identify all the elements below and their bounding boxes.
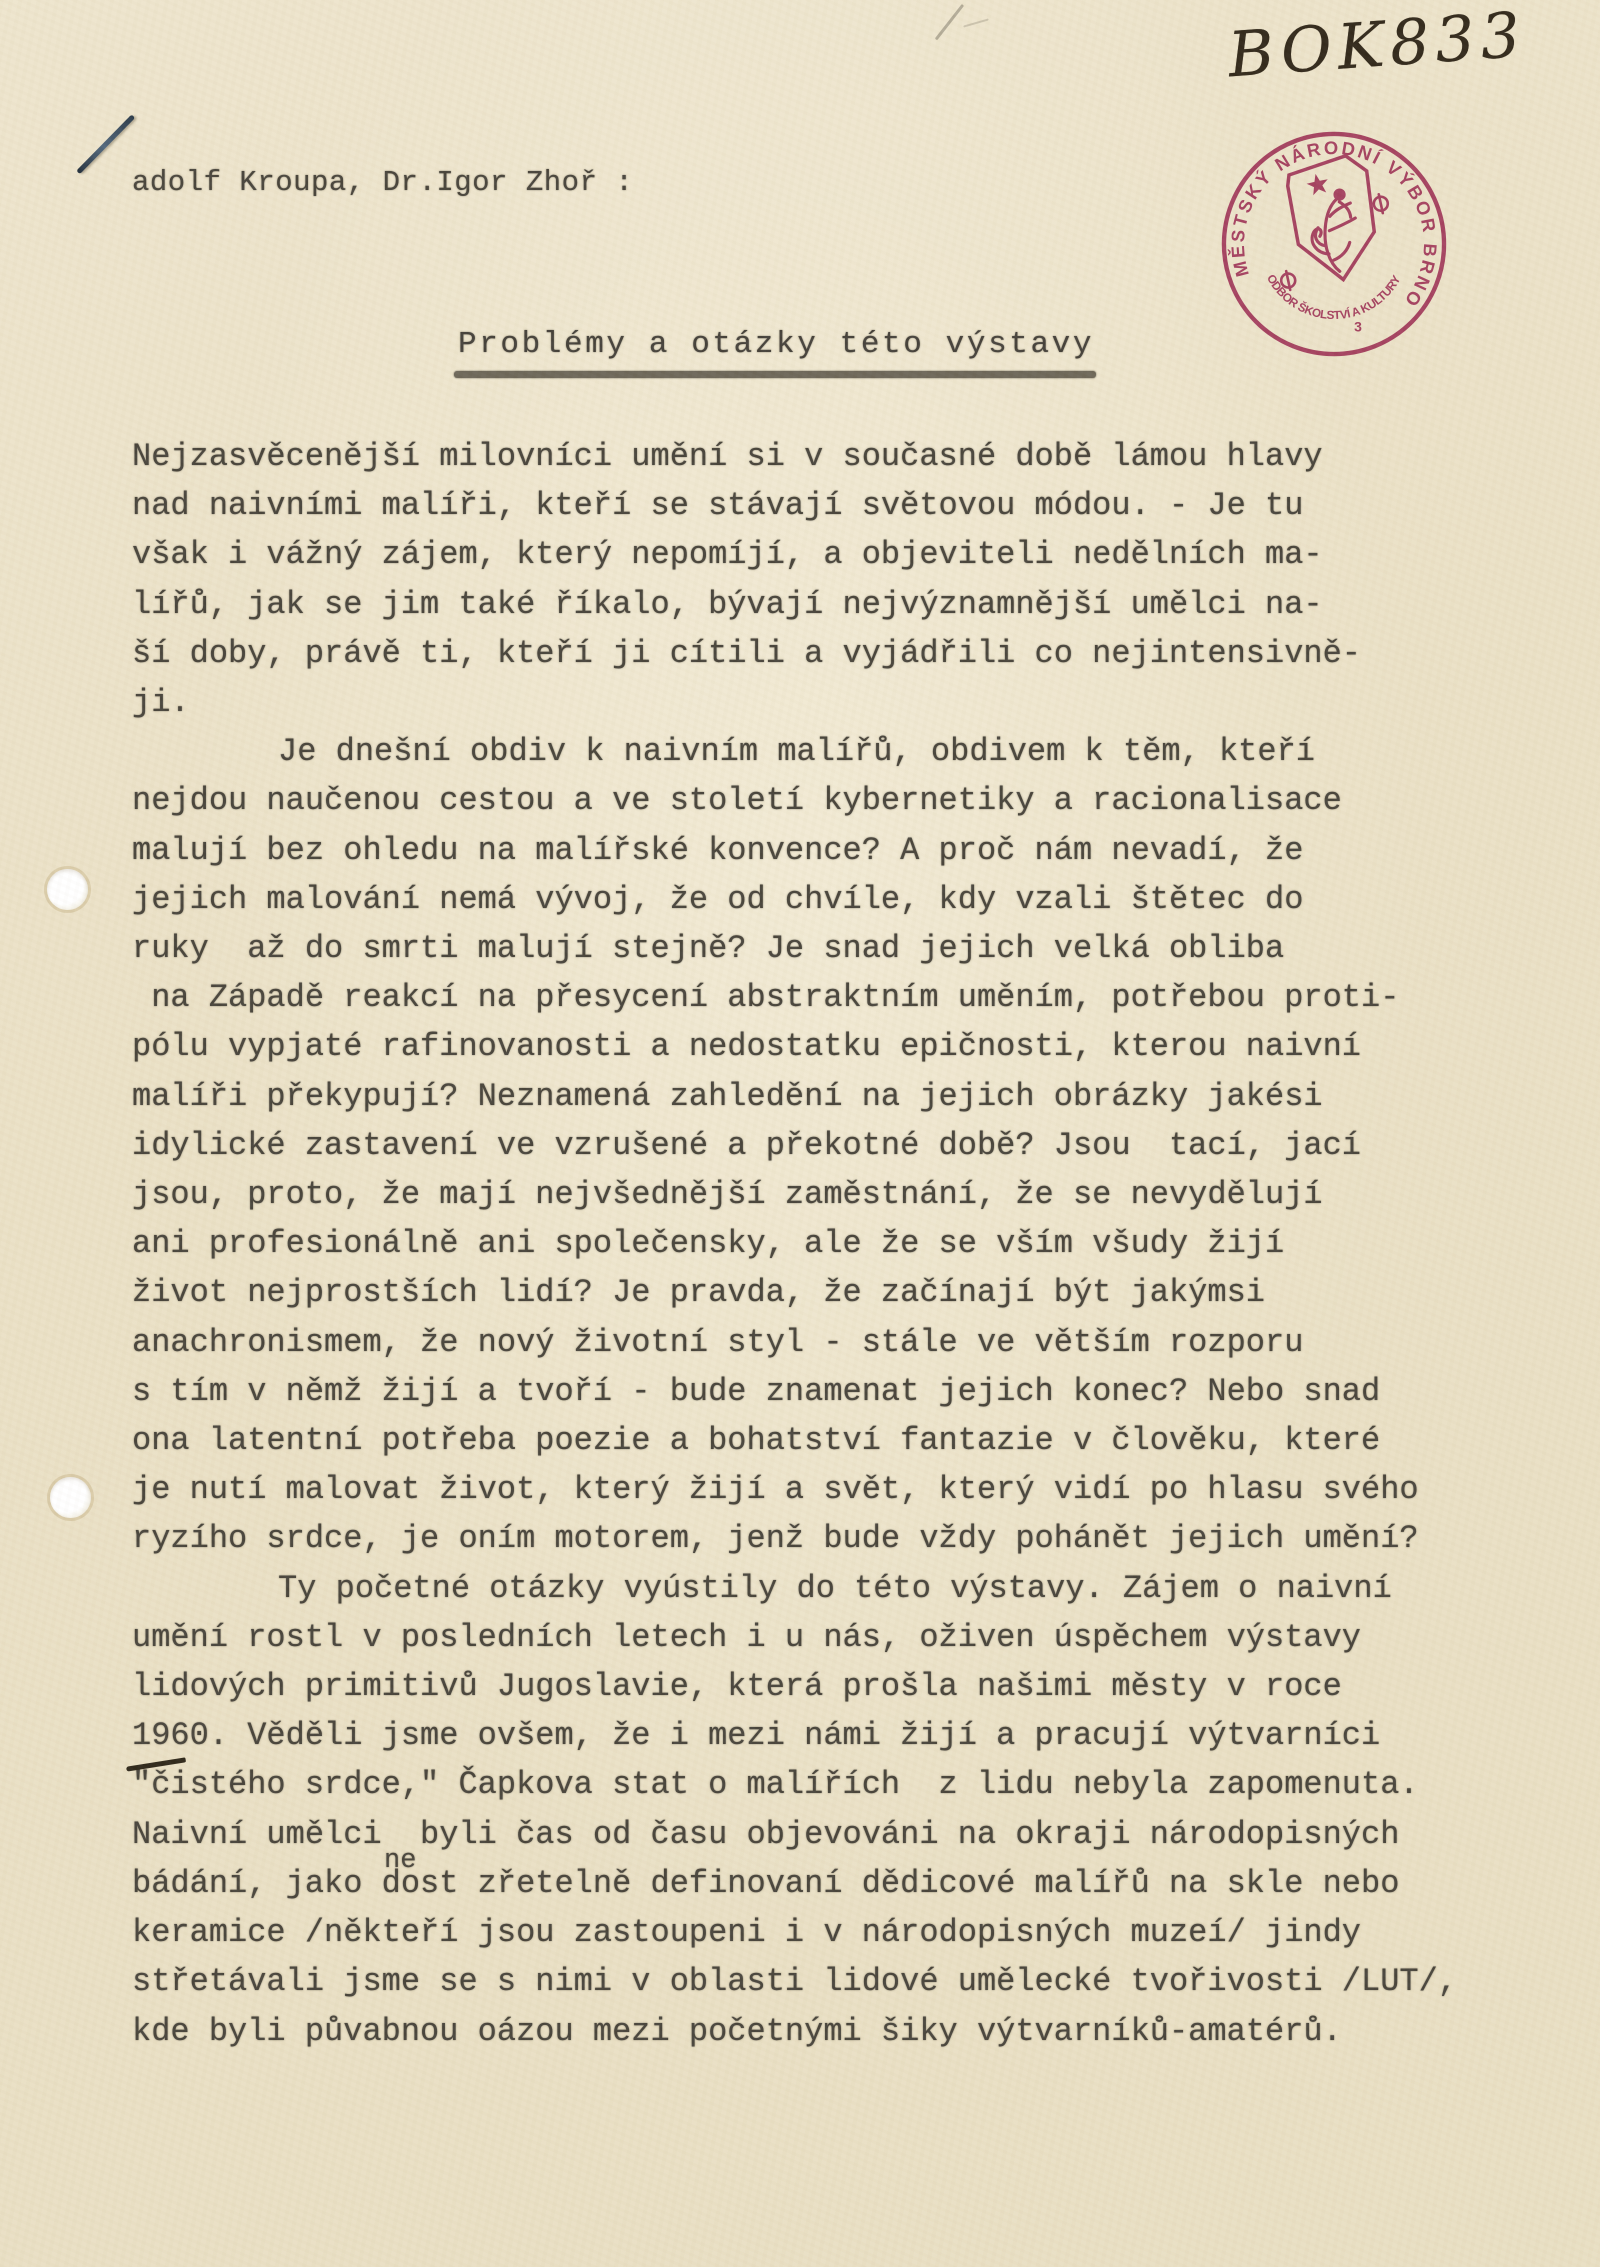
stamp-graphic: MĚSTSKÝ NÁRODNÍ VÝBOR BRNO ODBOR ŠKOLSTV… xyxy=(1203,113,1465,375)
author-line: adolf Kroupa, Dr.Igor Zhoř : xyxy=(132,166,633,199)
body-line: nejdou naučenou cestou a ve století kybe… xyxy=(132,776,1532,825)
star-icon xyxy=(1305,172,1330,197)
body-line: s tím v němž žijí a tvoří - bude znamena… xyxy=(132,1367,1532,1416)
body-line: "čistého srdce," Čapkova stat o malířích… xyxy=(132,1760,1532,1809)
body-line: ani profesionálně ani společensky, ale ž… xyxy=(132,1219,1532,1268)
title-underline xyxy=(454,371,1096,378)
body-line: však i vážný zájem, který nepomíjí, a ob… xyxy=(132,530,1532,579)
body-line: život nejprostších lidí? Je pravda, že z… xyxy=(132,1268,1532,1317)
svg-text:ODBOR ŠKOLSTVÍ A KULTURY: ODBOR ŠKOLSTVÍ A KULTURY xyxy=(1264,272,1404,322)
body-line: lidových primitivů Jugoslavie, která pro… xyxy=(132,1662,1532,1711)
body-line: jsou, proto, že mají nejvšednější zaměst… xyxy=(132,1170,1532,1219)
body-line: umění rostl v posledních letech i u nás,… xyxy=(132,1613,1532,1662)
body-line: 1960. Věděli jsme ovšem, že i mezi námi … xyxy=(132,1711,1532,1760)
registry-stamp: MĚSTSKÝ NÁRODNÍ VÝBOR BRNO ODBOR ŠKOLSTV… xyxy=(1203,113,1465,375)
body-line: Ty početné otázky vyústily do této výsta… xyxy=(132,1564,1532,1613)
body-line: bádání, jako dost zřetelně definovaní dě… xyxy=(132,1859,1532,1908)
body-line: je nutí malovat život, který žijí a svět… xyxy=(132,1465,1532,1514)
body-line: keramice /někteří jsou zastoupeni i v ná… xyxy=(132,1908,1532,1957)
body-line: pólu vypjaté rafinovanosti a nedostatku … xyxy=(132,1022,1532,1071)
body-line: střetávali jsme se s nimi v oblasti lido… xyxy=(132,1957,1532,2006)
body-line: kde byli půvabnou oázou mezi početnými š… xyxy=(132,2007,1532,2056)
body-line: nad naivními malíři, kteří se stávají sv… xyxy=(132,481,1532,530)
body-line: na Západě reakcí na přesycení abstraktní… xyxy=(132,973,1532,1022)
punch-hole xyxy=(47,869,88,910)
staple-mark xyxy=(76,114,135,174)
body-line: ryzího srdce, je oním motorem, jenž bude… xyxy=(132,1514,1532,1563)
body-line: ší doby, právě ti, kteří ji cítili a vyj… xyxy=(132,629,1532,678)
body-line: malíři překypují? Neznamená zahledění na… xyxy=(132,1072,1532,1121)
body-line: Naivní umělci byli čas od času objevován… xyxy=(132,1810,1532,1859)
body-line: jejich malování nemá vývoj, že od chvíle… xyxy=(132,875,1532,924)
document-body: Nejzasvěcenější milovníci umění si v sou… xyxy=(132,432,1532,2056)
smudge-mark xyxy=(935,4,964,40)
insertion-note: ne xyxy=(384,1846,416,1876)
smudge-mark xyxy=(963,18,989,27)
body-line: Nejzasvěcenější milovníci umění si v sou… xyxy=(132,432,1532,481)
body-line: ona latentní potřeba poezie a bohatství … xyxy=(132,1416,1532,1465)
punch-hole xyxy=(50,1477,91,1518)
stamp-number: 3 xyxy=(1354,318,1362,334)
handwritten-code: BOK833 xyxy=(1226,0,1529,91)
body-line: ruky až do smrti malují stejně? Je snad … xyxy=(132,924,1532,973)
document-page: adolf Kroupa, Dr.Igor Zhoř : BOK833 MĚST… xyxy=(0,0,1600,2267)
body-line: Je dnešní obdiv k naivním malířů, obdive… xyxy=(132,727,1532,776)
roundel-icon xyxy=(1372,193,1390,215)
stamp-department-text: ODBOR ŠKOLSTVÍ A KULTURY xyxy=(1264,272,1404,322)
body-line: anachronismem, že nový životní styl - st… xyxy=(132,1318,1532,1367)
body-line: idylické zastavení ve vzrušené a překotn… xyxy=(132,1121,1532,1170)
body-line: lířů, jak se jim také říkalo, bývají nej… xyxy=(132,580,1532,629)
body-line: ji. xyxy=(132,678,1532,727)
page-title: Problémy a otázky této výstavy xyxy=(458,327,1094,362)
body-line: malují bez ohledu na malířské konvence? … xyxy=(132,826,1532,875)
